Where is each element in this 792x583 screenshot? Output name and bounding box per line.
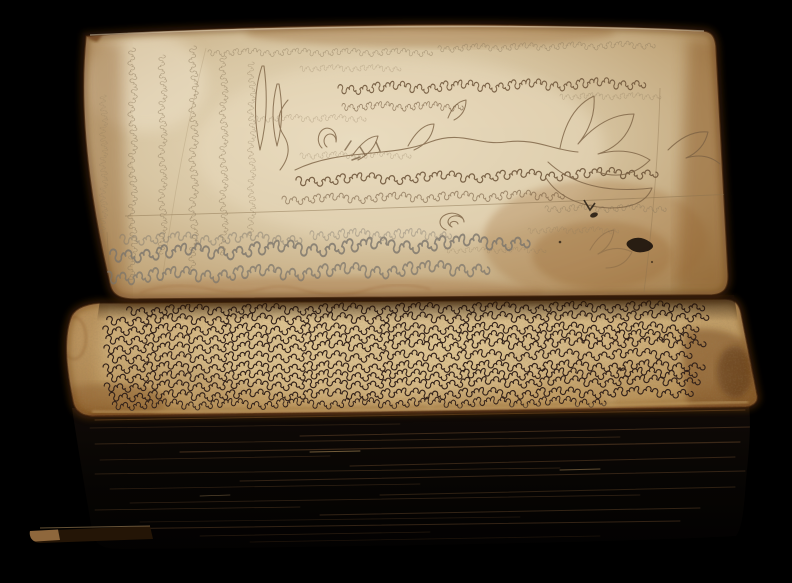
page-stack bbox=[30, 398, 750, 549]
upper-leaf bbox=[80, 19, 730, 309]
manuscript-photo-svg: An opened Burmese folding manuscript boo… bbox=[0, 0, 792, 583]
manuscript-photo: An opened Burmese folding manuscript boo… bbox=[0, 0, 792, 583]
